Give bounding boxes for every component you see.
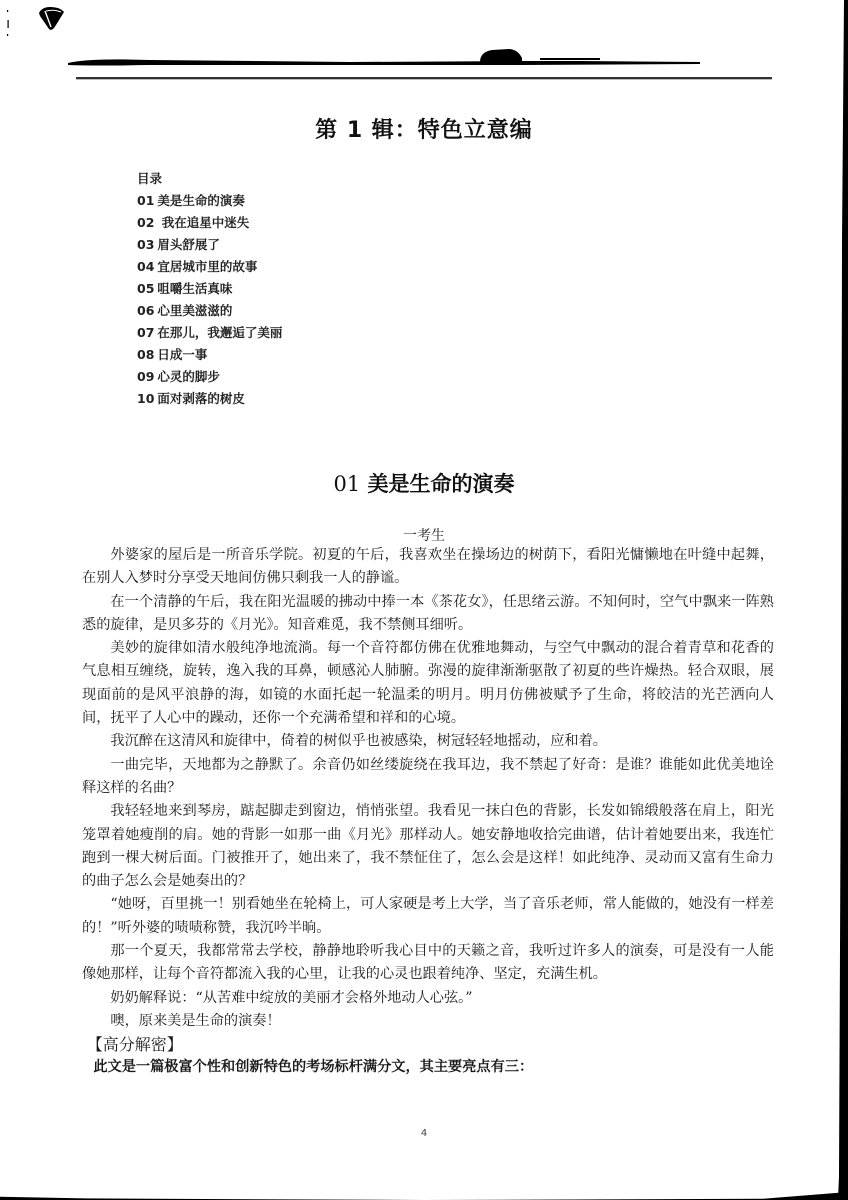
article-body: 外婆家的屋后是一所音乐学院。初夏的午后，我喜欢坐在操场边的树荫下，看阳光慵懒地在… (82, 544, 774, 1080)
toc-item-title: 日成一事 (157, 347, 207, 362)
toc-item-number: 05 (137, 281, 154, 296)
toc-item-title: 我在追星中迷失 (157, 215, 249, 230)
toc-item-number: 07 (137, 325, 154, 340)
paragraph: 美妙的旋律如清水般纯净地流淌。每一个音符都仿佛在优雅地舞动，与空气中飘动的混合着… (82, 637, 774, 730)
toc-item[interactable]: 02 我在追星中迷失 (137, 212, 282, 234)
toc-item-number: 04 (137, 259, 154, 274)
paragraph: 噢，原来美是生命的演奏！ (82, 1010, 774, 1033)
toc-item-number: 10 (137, 391, 154, 406)
toc-item-title: 心灵的脚步 (157, 369, 220, 384)
header-ornament (60, 40, 780, 70)
toc-item-title: 在那儿，我邂逅了美丽 (157, 325, 282, 340)
scan-edge-right (838, 0, 848, 1200)
scan-artifact-marks (6, 10, 10, 40)
toc-item-number: 03 (137, 237, 154, 252)
toc-item[interactable]: 08日成一事 (137, 344, 282, 366)
toc-item-title: 宜居城市里的故事 (157, 259, 257, 274)
toc-item-title: 咀嚼生活真味 (157, 281, 232, 296)
paragraph: 奶奶解释说：“从苦难中绽放的美丽才会格外地动人心弦。” (82, 987, 774, 1010)
article-author: 一考生 (0, 525, 848, 545)
toc-item-title: 眉头舒展了 (157, 237, 220, 252)
toc-item-title: 美是生命的演奏 (157, 193, 245, 208)
paragraph: 外婆家的屋后是一所音乐学院。初夏的午后，我喜欢坐在操场边的树荫下，看阳光慵懒地在… (82, 544, 774, 591)
paragraph: 一曲完毕，天地都为之静默了。余音仍如丝缕旋绕在我耳边，我不禁起了好奇：是谁？谁能… (82, 754, 774, 801)
toc-item[interactable]: 05咀嚼生活真味 (137, 278, 282, 300)
paragraph: 那一个夏天，我都常常去学校，静静地聆听我心目中的天籁之音，我听过许多人的演奏，可… (82, 940, 774, 987)
analysis-intro: 此文是一篇极富个性和创新特色的考场标杆满分文，其主要亮点有三： (82, 1056, 774, 1079)
header-rule (76, 77, 772, 79)
toc-item[interactable]: 10面对剥落的树皮 (137, 388, 282, 410)
toc-item-number: 02 (137, 215, 154, 230)
paragraph: “她呀，百里挑一！别看她坐在轮椅上，可人家硬是考上大学，当了音乐老师，常人能做的… (82, 893, 774, 940)
toc-item-title: 心里美滋滋的 (157, 303, 232, 318)
page-number: 4 (0, 1128, 848, 1139)
toc-item-number: 01 (137, 193, 154, 208)
paragraph: 我轻轻地来到琴房，踮起脚走到窗边，悄悄张望。我看见一抹白色的背影，长发如锦缎般落… (82, 800, 774, 893)
table-of-contents: 目录 01美是生命的演奏 02 我在追星中迷失 03眉头舒展了 04宜居城市里的… (137, 168, 282, 410)
article-title: 01 美是生命的演奏 (0, 468, 848, 498)
toc-item-number: 08 (137, 347, 154, 362)
chapter-title: 第 1 辑：特色立意编 (0, 113, 848, 144)
toc-item-title: 面对剥落的树皮 (157, 391, 245, 406)
article-number: 01 (333, 472, 360, 496)
scan-edge-bottom (0, 1192, 848, 1200)
toc-item-number: 06 (137, 303, 154, 318)
toc-item[interactable]: 07在那儿，我邂逅了美丽 (137, 322, 282, 344)
toc-item[interactable]: 03眉头舒展了 (137, 234, 282, 256)
paragraph: 在一个清静的午后，我在阳光温暖的拂动中捧一本《茶花女》，任思绪云游。不知何时，空… (82, 591, 774, 638)
toc-item[interactable]: 04宜居城市里的故事 (137, 256, 282, 278)
analysis-heading: 【高分解密】 (82, 1033, 774, 1056)
toc-item[interactable]: 06心里美滋滋的 (137, 300, 282, 322)
toc-item[interactable]: 09心灵的脚步 (137, 366, 282, 388)
toc-item[interactable]: 01美是生命的演奏 (137, 190, 282, 212)
article-title-text: 美是生命的演奏 (368, 471, 515, 496)
toc-item-number: 09 (137, 369, 154, 384)
paragraph: 我沉醉在这清风和旋律中，倚着的树似乎也被感染，树冠轻轻地摇动，应和着。 (82, 730, 774, 753)
toc-heading: 目录 (137, 168, 282, 190)
decorative-emblem-icon (36, 5, 66, 33)
